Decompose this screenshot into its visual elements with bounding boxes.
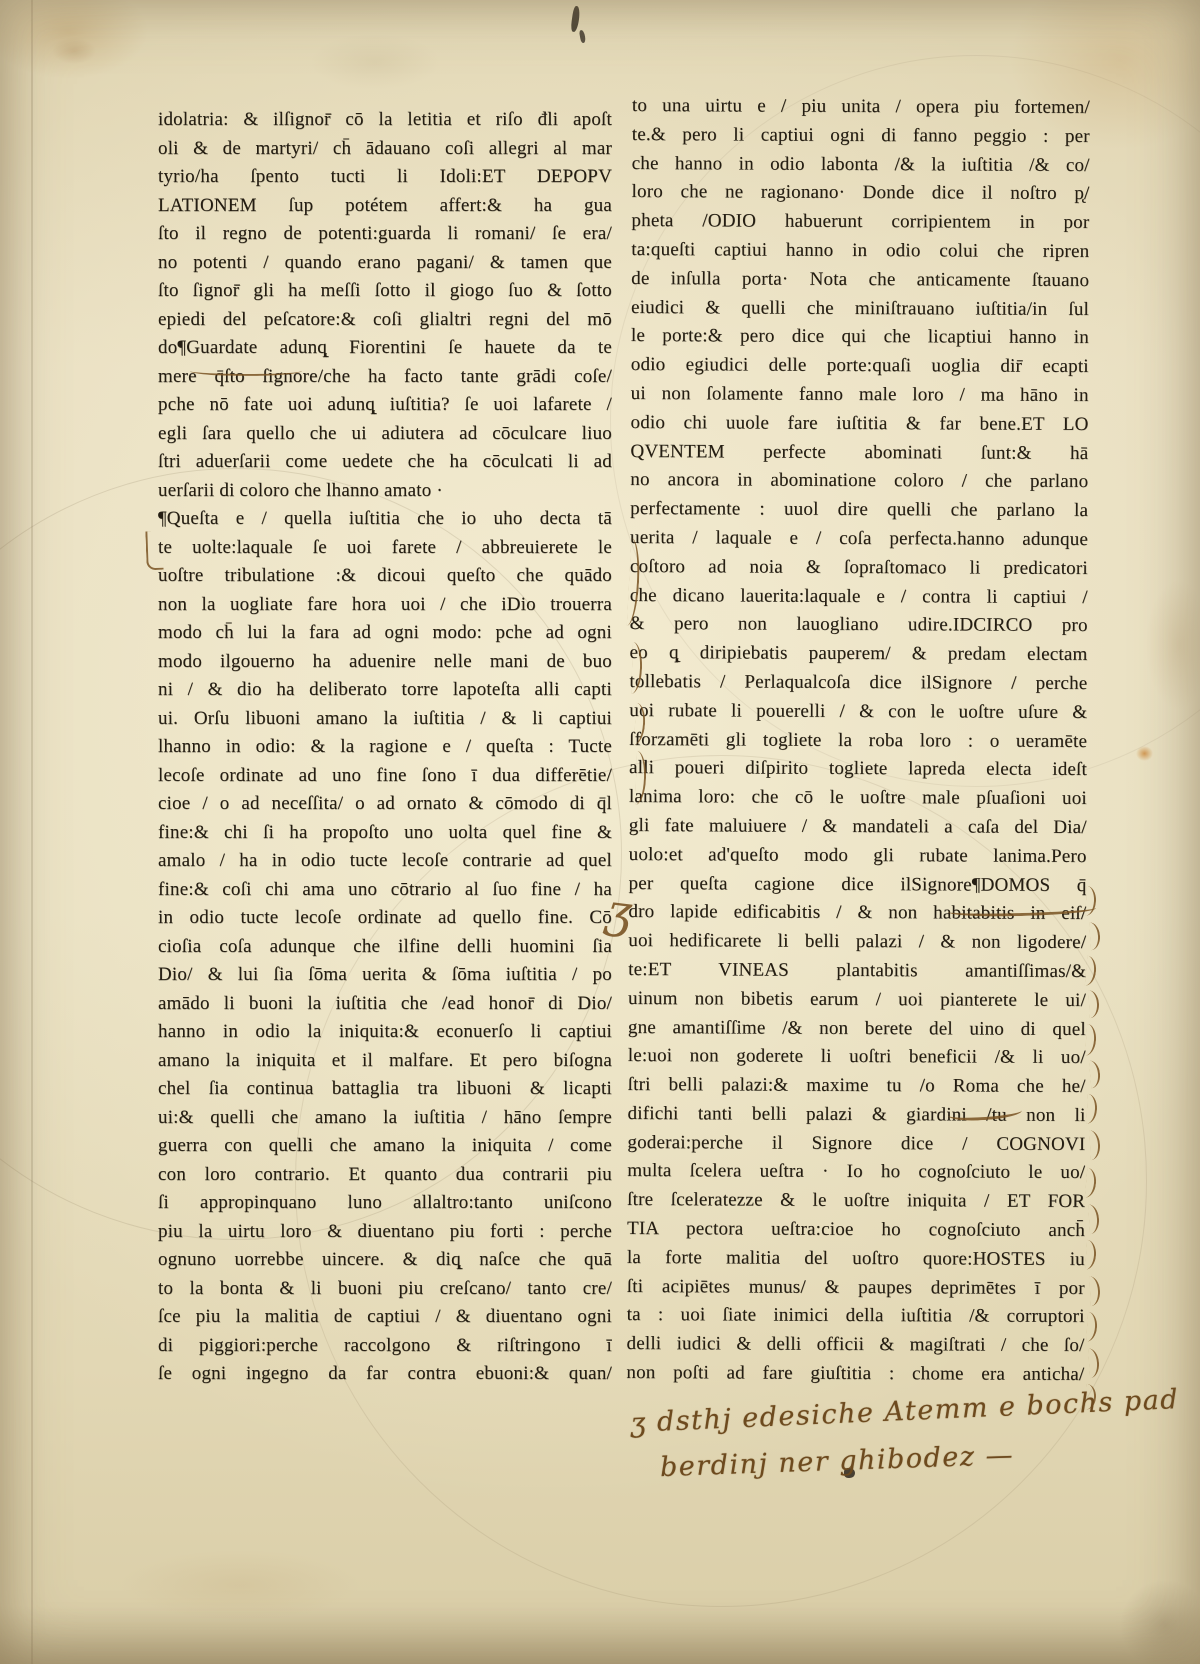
printed-text-line: te.& pero li captiui ogni di fanno peggi… xyxy=(632,121,1090,152)
printed-text-line: eiudici & quelli che miniſtrauano iuſtit… xyxy=(631,294,1089,325)
page-bottom-shading xyxy=(0,1606,1200,1664)
paper-stain xyxy=(1136,746,1153,761)
printed-text-line: no ancora in abominatione coloro / che p… xyxy=(630,466,1088,497)
printed-text-line: ui:& quelli che amano la iuſtitia / hāno… xyxy=(158,1104,612,1133)
page-edge-crease xyxy=(31,0,33,1664)
printed-text-line: to la bonta & li buoni piu creſcano/ tan… xyxy=(158,1275,612,1304)
printed-text-line: loro che ne ragionano· Donde dice il noſ… xyxy=(631,178,1089,209)
printed-text-line: cioe / o ad neceſſita/ o ad ornato & cōm… xyxy=(158,790,612,819)
handwritten-note-line: ʒ dsthj edesiche Atemm e bochs pad xyxy=(630,1384,1180,1439)
paper-stain xyxy=(120,1550,360,1620)
printed-text-line: & pero non lauogliano udire.IDCIRCO pro xyxy=(630,610,1088,641)
printed-text-line: ſforzamēti gli togliete la roba loro : o… xyxy=(629,726,1087,757)
printed-text-line: dro lapide edificabitis / & non habitabi… xyxy=(628,898,1086,929)
printed-text-line: epiedi del peſcatore:& coſi glialtri reg… xyxy=(158,306,612,335)
printed-text-line: ¶Queſta e / quella iuſtitia che io uho d… xyxy=(158,505,612,534)
ink-margin-stroke xyxy=(1086,1312,1098,1343)
printed-text-line: ſtri belli palazi:& maxime tu /o Roma ch… xyxy=(628,1071,1086,1102)
printed-text-line: tyrio/ha ſpento tucti li Idoli:ET DEPOPV xyxy=(158,163,612,192)
printed-text-line: ſe ogni ingegno da far contra ebuoni:& q… xyxy=(158,1360,612,1389)
printed-text-line: la forte malitia del uoſtro quore:HOSTES… xyxy=(627,1244,1085,1275)
paper-stain xyxy=(52,38,96,64)
printed-text-line: no potenti / quando erano pagani/ & tame… xyxy=(158,249,612,278)
printed-text-line: guerra con quelli che amano la iniquita … xyxy=(158,1132,612,1161)
printed-text-line: amano la iniquita et il malfare. Et pero… xyxy=(158,1047,612,1076)
printed-text-line: alli poueri diſpirito togliete lapreda e… xyxy=(629,754,1087,785)
printed-text-line: amalo / ha in odio tucte lecoſe contrari… xyxy=(158,847,612,876)
printed-text-line: te uolte:laquale ſe uoi farete / abbreui… xyxy=(158,534,612,563)
printed-text-line: ognuno uorrebbe uincere. & diq̨ naſce ch… xyxy=(158,1246,612,1275)
printed-text-line: ſce piu la malitia de captiui / & diuent… xyxy=(158,1303,612,1332)
printed-text-line: odio chi uuole fare iuſtitia & far bene.… xyxy=(630,409,1088,440)
paper-stain xyxy=(0,0,148,79)
printed-text-line: ſi appropinquano luno allaltro:tanto uni… xyxy=(158,1189,612,1218)
printed-text-line: pheta /ODIO habuerunt corripientem in po… xyxy=(631,207,1089,238)
printed-text-line: de inſulla porta· Nota che anticamente ſ… xyxy=(631,265,1089,296)
ink-squiggle-mark: ʒ xyxy=(603,887,634,936)
printed-text-line: QVENTEM perfecte abominati ſunt:& hā xyxy=(630,438,1088,469)
printed-text-line: oli & de martyri/ ch̄ ādauano coſi alleg… xyxy=(158,135,612,164)
printed-text-line: che hanno in odio labonta /& la iuſtitia… xyxy=(632,150,1090,181)
printed-text-line: con loro contrario. Et quanto dua contra… xyxy=(158,1161,612,1190)
printed-text-line: goderai:perche il Signore dice / COGNOVI xyxy=(627,1129,1085,1160)
printed-text-line: pche nō fate uoi adunq̨ iuſtitia? ſe uoi… xyxy=(158,391,612,420)
printed-text-line: uinum non bibetis earum / uoi pianterete… xyxy=(628,985,1086,1016)
ink-margin-stroke xyxy=(1085,1024,1097,1057)
printed-text-line: lhanno in odio: & la ragione e / queſta … xyxy=(158,733,612,762)
printed-text-line: eo q̨ diripiebatis pauperem/ & predam el… xyxy=(629,639,1087,670)
printed-text-line: cioſia coſa adunque che ilfine delli huo… xyxy=(158,933,612,962)
ink-margin-stroke xyxy=(1085,1240,1097,1271)
printed-text-line: ta:queſti captiui hanno in odio colui ch… xyxy=(631,236,1089,267)
ink-margin-stroke xyxy=(1088,1348,1100,1379)
book-page: idolatria: & ilſignor̄ cō la letitia et … xyxy=(0,0,1200,1664)
ink-margin-stroke xyxy=(1089,1060,1101,1089)
printed-text-line: uoi rubate li pouerelli / & con le uoſtr… xyxy=(629,697,1087,728)
printed-text-line: do¶Guardate adunq̨ Fiorentini ſe hauete … xyxy=(158,334,612,363)
printed-text-line: lanima loro: che cō le uoſtre male pſuaſ… xyxy=(629,783,1087,814)
printed-text-line: gli fate maluiuere / & mandateli a caſa … xyxy=(629,812,1087,843)
printed-text-line: ſtre ſceleratezze & le uoſtre iniquita /… xyxy=(627,1186,1085,1217)
printed-text-line: te:ET VINEAS plantabitis amantiſſimas/& xyxy=(628,956,1086,987)
ink-margin-stroke xyxy=(1088,1204,1100,1235)
ink-margin-stroke xyxy=(1086,1094,1098,1124)
printed-text-line: ui non ſolamente fanno male loro / ma hā… xyxy=(631,380,1089,411)
paper-stain xyxy=(310,34,440,90)
printed-text-line: modo ilgouerno ha aduenire nelle mani de… xyxy=(158,648,612,677)
printed-text-line: fine:& coſi chi ama uno cōtrario al ſuo … xyxy=(158,876,612,905)
printed-text-line: tollebatis / Perlaqualcoſa dice ilSignor… xyxy=(629,668,1087,699)
printed-text-line: piu la uirtu loro & diuentano piu forti … xyxy=(158,1218,612,1247)
printed-text-line: uerita / laquale e / coſa perfecta.hanno… xyxy=(630,524,1088,555)
printed-text-line: uolo:et ad'queſto modo gli rubate lanima… xyxy=(629,841,1087,872)
printed-text-line: amādo li buoni la iuſtitia che /ead hono… xyxy=(158,990,612,1019)
printed-text-line: delli iudici & delli officii & magiſtrat… xyxy=(626,1330,1084,1361)
printed-text-line: hanno in odio la iniquita:& econuerſo li… xyxy=(158,1018,612,1047)
printed-text-line: multa ſcelera ueſtra · Io ho cognoſciuto… xyxy=(627,1157,1085,1188)
left-text-column: idolatria: & ilſignor̄ cō la letitia et … xyxy=(158,106,612,1389)
printed-text-line: le porte:& pero dice qui che licaptiui h… xyxy=(631,322,1089,353)
printed-text-line: uerſarii di coloro che lhanno amato · xyxy=(158,477,612,506)
right-text-column: to una uirtu e / piu unita / opera piu f… xyxy=(626,92,1090,1390)
printed-text-line: che dicano lauerita:laquale e / contra l… xyxy=(630,582,1088,613)
printed-text-line: le:uoi non goderete li uoſtri beneficii … xyxy=(628,1042,1086,1073)
ink-margin-stroke xyxy=(1089,1276,1101,1306)
printed-text-line: ni / & dio ha deliberato torre lapoteſta… xyxy=(158,676,612,705)
printed-text-line: ui. Orſu libuoni amano la iuſtitia / & l… xyxy=(158,705,612,734)
printed-text-line: modo ch̄ lui la fara ad ogni modo: pche … xyxy=(158,619,612,648)
printed-text-line: in odio tucte lecoſe ordinate ad quello … xyxy=(158,904,612,933)
printed-text-line: odio egiudici delle porte:quaſi uoglia d… xyxy=(631,351,1089,382)
printed-text-line: gne amantiſſime /& non berete del uino d… xyxy=(628,1013,1086,1044)
printed-text-line: non la uogliate fare hora uoi / che iDio… xyxy=(158,591,612,620)
ink-margin-stroke xyxy=(1089,922,1101,951)
printed-text-line: Dio/ & lui ſia ſōma uerita & ſōma iuſtit… xyxy=(158,961,612,990)
printed-text-line: idolatria: & ilſignor̄ cō la letitia et … xyxy=(158,106,612,135)
printed-text-line: egli ſara quello che ui adiutera ad cōcu… xyxy=(158,420,612,449)
printed-text-line: mere q̄ſto ſignore/che ha facto tante gr… xyxy=(158,363,612,392)
paper-stain xyxy=(1120,1580,1200,1664)
ink-margin-stroke xyxy=(1085,886,1097,916)
ink-spot xyxy=(579,30,586,44)
printed-text-line: ſti acipiētes munus/ & paupes deprimētes… xyxy=(627,1273,1085,1304)
printed-text-line: ſtri aduerſarii come uedete che ha cōcul… xyxy=(158,448,612,477)
printed-text-line: TIA pectora ueſtra:cioe ho cognoſciuto a… xyxy=(627,1215,1085,1246)
handwritten-note-line: berdinj ner ghibodez — xyxy=(660,1440,1015,1483)
printed-text-line: fine:& chi ſi ha propoſto uno uolta quel… xyxy=(158,819,612,848)
printed-text-line: ſto ſignor̄ gli ha meſſi ſotto il giogo … xyxy=(158,277,612,306)
printed-text-line: chel ſia continua battaglia tra libuoni … xyxy=(158,1075,612,1104)
printed-text-line: perfectamente : uuol dire quelli che par… xyxy=(630,495,1088,526)
ink-spot xyxy=(570,6,581,33)
ink-margin-stroke xyxy=(1085,1168,1098,1199)
ink-margin-stroke xyxy=(1085,956,1098,987)
printed-text-line: coſtoro ad noia & ſopraſtomaco li predic… xyxy=(630,553,1088,584)
printed-text-line: di piggiori:perche raccolgono & riſtring… xyxy=(158,1332,612,1361)
printed-text-line: LATIONEM ſup potétem affert:& ha gua xyxy=(158,192,612,221)
printed-text-line: difichi tanti belli palazi & giardini /t… xyxy=(627,1100,1085,1131)
paper-stain xyxy=(1146,580,1200,710)
printed-text-line: lecoſe ordinate ad uno fine ſono ī dua d… xyxy=(158,762,612,791)
ink-margin-stroke xyxy=(1088,990,1099,1018)
ink-margin-stroke xyxy=(1089,1130,1101,1160)
printed-text-line: ſto il regno de potenti:guarda li romani… xyxy=(158,220,612,249)
printed-text-line: non poſti ad fare giuſtitia : chome era … xyxy=(626,1359,1084,1390)
printed-text-line: ta : uoi ſiate inimici della iuſtitia /&… xyxy=(627,1301,1085,1332)
printed-text-line: uoi hedificarete li belli palazi / & non… xyxy=(628,927,1086,958)
printed-text-line: uoſtre tribulatione :& dicoui queſto che… xyxy=(158,562,612,591)
printed-text-line: to una uirtu e / piu unita / opera piu f… xyxy=(632,92,1090,123)
printed-text-line: per queſta cagione dice ilSignore¶DOMOS … xyxy=(628,870,1086,901)
